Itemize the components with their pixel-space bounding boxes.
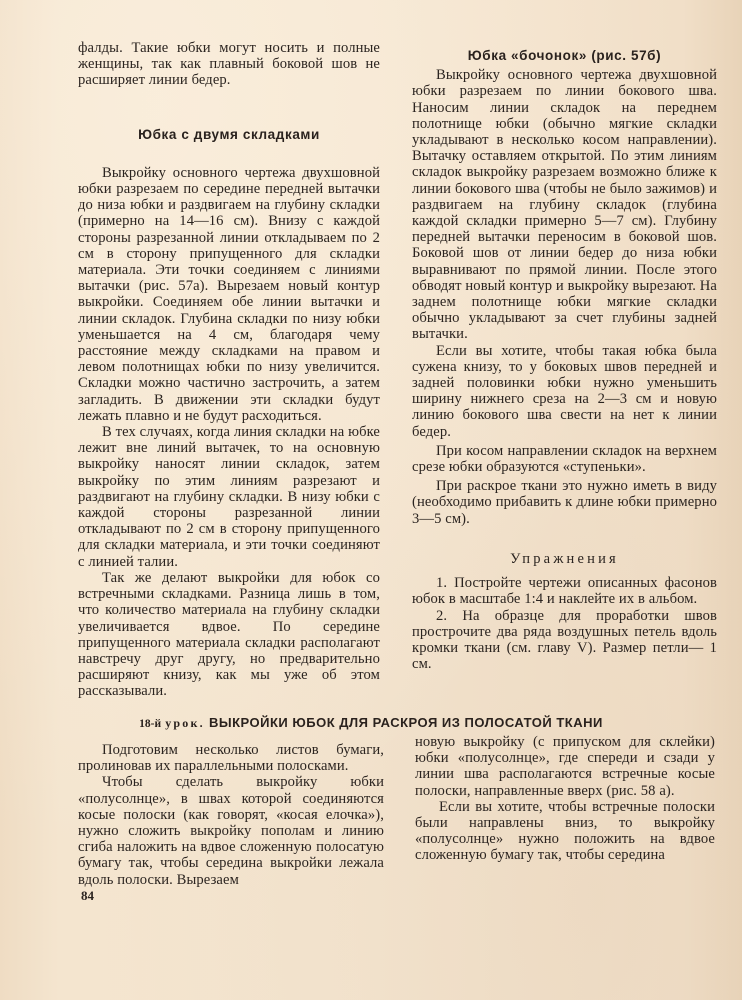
lesson-number: 18-й xyxy=(139,718,161,730)
column-bottom-left: Подготовим несколько листов бумаги, прол… xyxy=(78,742,384,888)
paragraph: Чтобы сделать выкройку юбки «полусолнце»… xyxy=(78,774,384,887)
book-page: фалды. Такие юбки могут носить и полные … xyxy=(0,0,742,1000)
exercises-title: Упражнения xyxy=(412,551,717,567)
paragraph-continuation: новую выкройку (с припуском для склейки)… xyxy=(415,734,715,799)
lesson-title: ВЫКРОЙКИ ЮБОК ДЛЯ РАСКРОЯ ИЗ ПОЛОСАТОЙ Т… xyxy=(209,715,603,730)
column-bottom-right: новую выкройку (с припуском для склейки)… xyxy=(415,734,715,864)
column-top-left: фалды. Такие юбки могут носить и полные … xyxy=(78,40,380,700)
lesson-header: 18-й урок. ВЫКРОЙКИ ЮБОК ДЛЯ РАСКРОЯ ИЗ … xyxy=(0,715,742,731)
exercise-item: 2. На образце для проработки швов простр… xyxy=(412,608,717,673)
paragraph: В тех случаях, когда линия складки на юб… xyxy=(78,424,380,570)
paragraph: При раскрое ткани это нужно иметь в виду… xyxy=(412,478,717,527)
section-title-two-pleats: Юбка с двумя складками xyxy=(78,127,380,143)
column-top-right: Юбка «бочонок» (рис. 57б) Выкройку основ… xyxy=(412,48,717,672)
paragraph: Выкройку основного чертежа двухшовной юб… xyxy=(412,67,717,342)
paragraph: При косом направлении складок на верхнем… xyxy=(412,443,717,475)
paragraph: Выкройку основного чертежа двухшовной юб… xyxy=(78,165,380,424)
page-number: 84 xyxy=(81,888,94,904)
paragraph: Подготовим несколько листов бумаги, прол… xyxy=(78,742,384,774)
lesson-word: урок. xyxy=(165,716,205,730)
paragraph: Если вы хотите, чтобы такая юбка была су… xyxy=(412,343,717,440)
paragraph: Так же делают выкройки для юбок со встре… xyxy=(78,570,380,700)
paragraph-continuation: фалды. Такие юбки могут носить и полные … xyxy=(78,40,380,89)
exercise-item: 1. Постройте чертежи описанных фасонов ю… xyxy=(412,575,717,607)
section-title-barrel-skirt: Юбка «бочонок» (рис. 57б) xyxy=(412,48,717,64)
paragraph: Если вы хотите, чтобы встречные полоски … xyxy=(415,799,715,864)
